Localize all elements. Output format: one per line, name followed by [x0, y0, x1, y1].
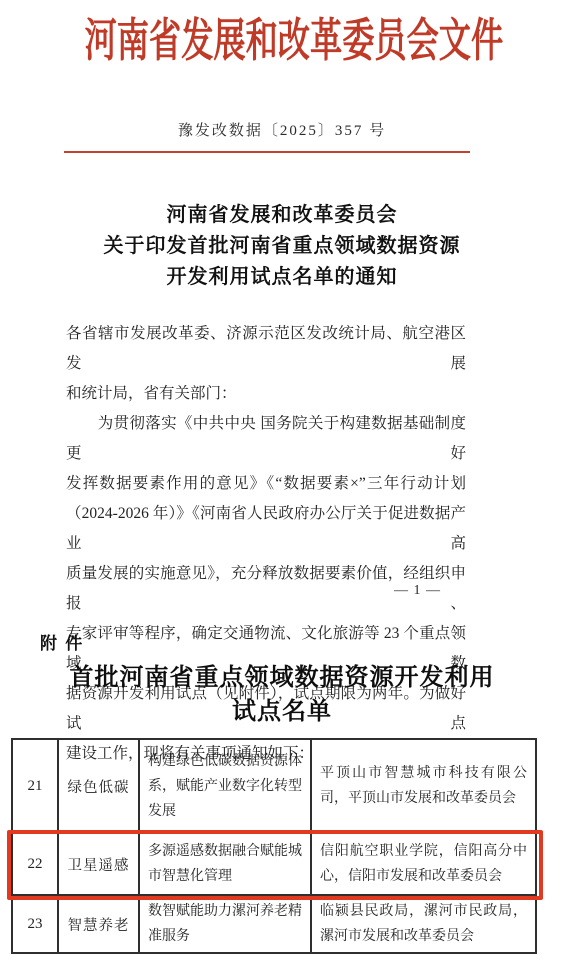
cell-responsible-units: 平顶山市智慧城市科技有限公司，平顶山市发展和改革委员会: [311, 739, 536, 833]
notice-title-line: 开发利用试点名单的通知: [0, 262, 564, 293]
pilot-table-body: 21 绿色低碳 构建绿色低碳数据资源体系，赋能产业数字化转型发展 平顶山市智慧城…: [12, 739, 536, 953]
attachment-title: 首批河南省重点领域数据资源开发利用 试点名单: [0, 661, 564, 729]
cell-field-name: 绿色低碳: [58, 739, 139, 833]
attachment-title-line: 试点名单: [0, 695, 564, 729]
cell-row-number: 21: [12, 739, 58, 833]
cell-row-number: 23: [12, 895, 58, 953]
pilot-list-table: 21 绿色低碳 构建绿色低碳数据资源体系，赋能产业数字化转型发展 平顶山市智慧城…: [11, 738, 537, 954]
notice-body-line: 为贯彻落实《中共中央 国务院关于构建数据基础制度更好: [66, 409, 466, 469]
attachment-label: 附 件: [40, 629, 84, 654]
letterhead-agency-title: 河南省发展和改革委员会文件: [85, 14, 480, 68]
notice-body-line: 各省辖市发展改革委、济源示范区发改统计局、航空港区发展: [66, 319, 466, 379]
notice-title: 河南省发展和改革委员会 关于印发首批河南省重点领域数据资源 开发利用试点名单的通…: [0, 200, 564, 293]
notice-title-line: 关于印发首批河南省重点领域数据资源: [0, 231, 564, 262]
notice-title-line: 河南省发展和改革委员会: [0, 200, 564, 231]
letterhead-red-rule: [64, 151, 470, 153]
table-row: 23 智慧养老 数智赋能助力漯河养老精准服务 临颍县民政局，漯河市民政局，漯河市…: [12, 895, 536, 953]
document-page: 河南省发展和改革委员会文件 豫发改数据〔2025〕357 号 河南省发展和改革委…: [0, 0, 564, 980]
cell-project-description: 构建绿色低碳数据资源体系，赋能产业数字化转型发展: [139, 739, 311, 833]
cell-project-description: 多源遥感数据融合赋能城市智慧化管理: [139, 833, 311, 895]
cell-field-name: 卫星遥感: [58, 833, 139, 895]
cell-row-number: 22: [12, 833, 58, 895]
cell-project-description: 数智赋能助力漯河养老精准服务: [139, 895, 311, 953]
table-row: 22 卫星遥感 多源遥感数据融合赋能城市智慧化管理 信阳航空职业学院，信阳高分中…: [12, 833, 536, 895]
attachment-title-line: 首批河南省重点领域数据资源开发利用: [0, 661, 564, 695]
cell-field-name: 智慧养老: [58, 895, 139, 953]
cell-responsible-units: 临颍县民政局，漯河市民政局，漯河市发展和改革委员会: [311, 895, 536, 953]
notice-body-line: 和统计局，省有关部门：: [66, 379, 466, 409]
table-row: 21 绿色低碳 构建绿色低碳数据资源体系，赋能产业数字化转型发展 平顶山市智慧城…: [12, 739, 536, 833]
notice-body-line: 发挥数据要素作用的意见》《“数据要素×”三年行动计划: [66, 469, 466, 499]
notice-body-line: （2024-2026 年）》《河南省人民政府办公厅关于促进数据产业高: [66, 499, 466, 559]
cell-responsible-units: 信阳航空职业学院，信阳高分中心，信阳市发展和改革委员会: [311, 833, 536, 895]
page-number: — 1 —: [394, 583, 441, 599]
document-number: 豫发改数据〔2025〕357 号: [0, 119, 564, 140]
